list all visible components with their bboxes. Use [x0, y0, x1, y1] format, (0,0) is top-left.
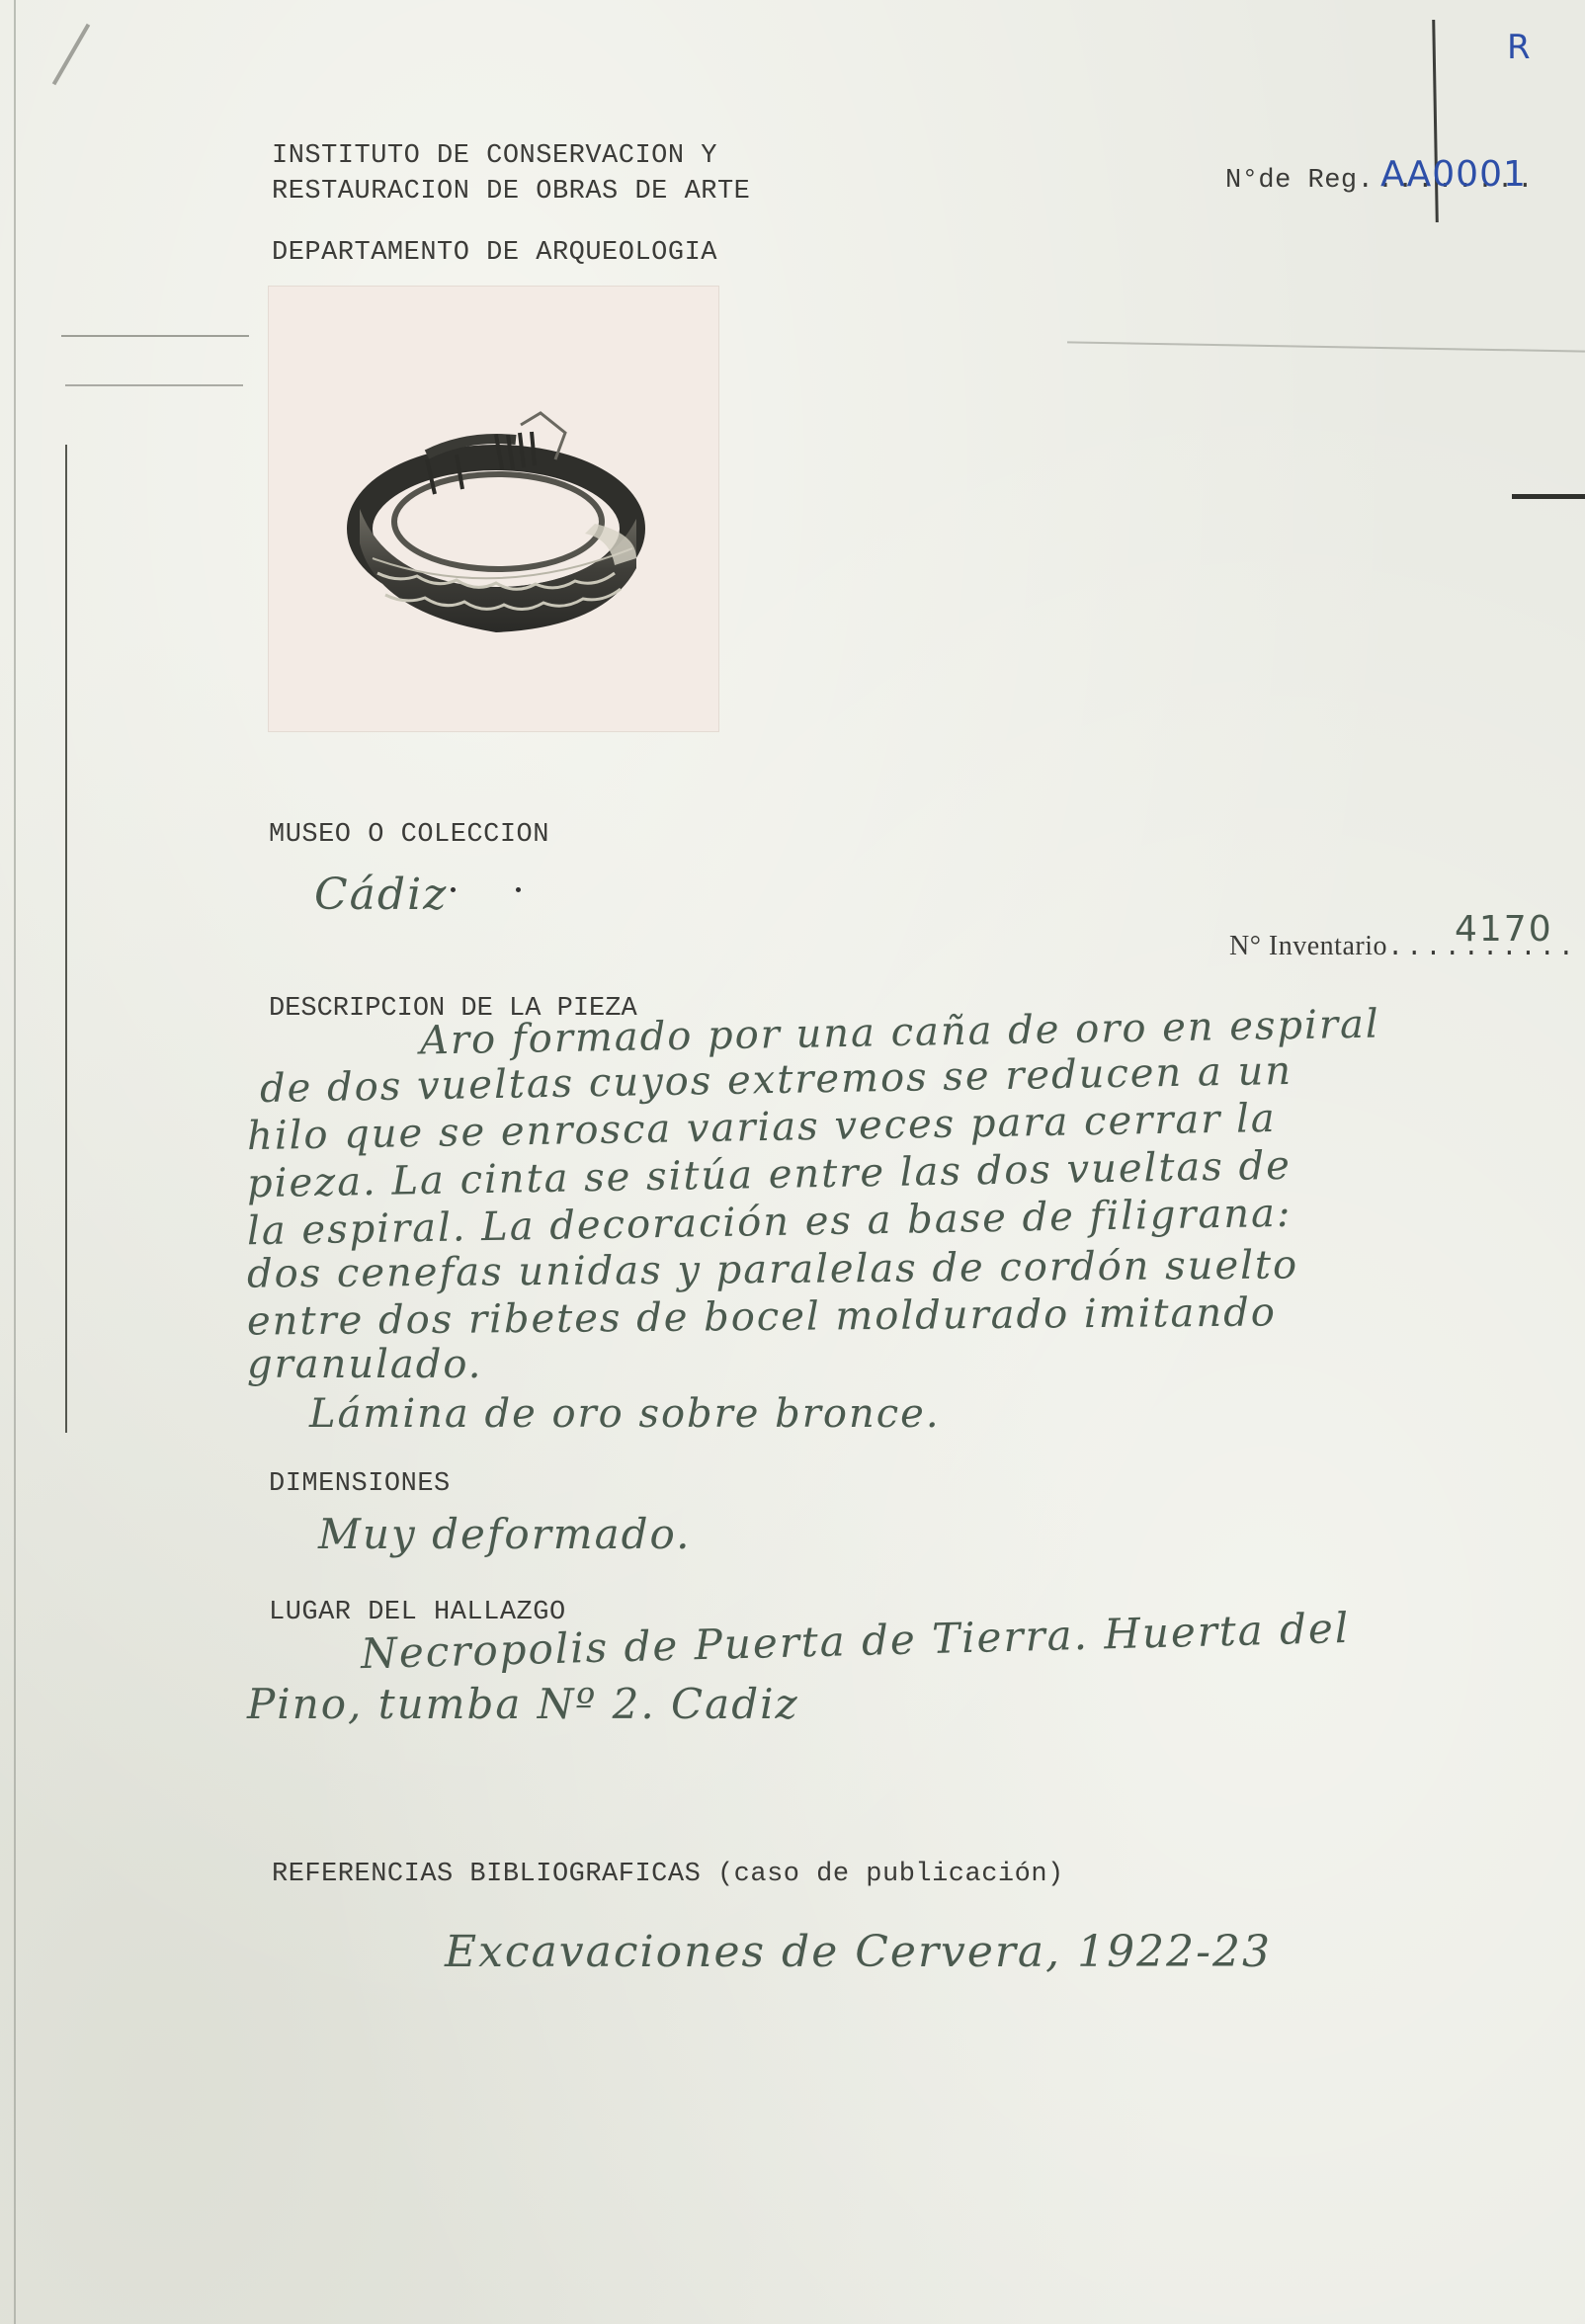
fold-line-top: [1067, 341, 1585, 352]
dimensiones-value: Muy deformado.: [318, 1510, 691, 1558]
ring-image: [269, 287, 718, 731]
department-name: DEPARTAMENTO DE ARQUEOLOGIA: [272, 238, 717, 268]
hallazgo-label: LUGAR DEL HALLAZGO: [269, 1598, 566, 1627]
referencias-label: REFERENCIAS BIBLIOGRAFICAS (caso de publ…: [272, 1860, 1064, 1889]
registro-value: AA0001: [1380, 154, 1527, 195]
binder-edge-line: [14, 0, 16, 2324]
fold-line-left-1: [61, 335, 249, 337]
descripcion-line: Lámina de oro sobre bronce.: [309, 1391, 941, 1437]
museo-label: MUSEO O COLECCION: [269, 820, 549, 850]
fold-line-left-2: [65, 384, 243, 386]
corner-mark: R: [1507, 28, 1532, 67]
descripcion-line: granulado.: [247, 1342, 482, 1387]
museo-trail-dot-1: [451, 887, 456, 892]
edge-mark-right: [1512, 494, 1585, 499]
hallazgo-line: Pino, tumba Nº 2. Cadiz: [247, 1680, 799, 1728]
institution-name-line2: RESTAURACION DE OBRAS DE ARTE: [272, 177, 750, 207]
referencias-value: Excavaciones de Cervera, 1922-23: [445, 1927, 1272, 1977]
institution-name-line1: INSTITUTO DE CONSERVACION Y: [272, 141, 717, 171]
inventario-field: N° Inventario.......... 4170: [1229, 931, 1577, 963]
descripcion-line: entre dos ribetes de bocel moldurado imi…: [247, 1289, 1277, 1344]
museo-value: Cádiz: [314, 870, 448, 920]
museo-trail-dot-2: [516, 887, 521, 892]
binder-margin-line: [65, 445, 67, 1433]
punch-mark: [52, 24, 90, 86]
registro-field: N°de Reg......... AA0001: [1225, 166, 1537, 196]
descripcion-line: dos cenefas unidas y paralelas de cordón…: [247, 1242, 1298, 1296]
descripcion-text: Aro formado por una caña de oro en espir…: [242, 1010, 1576, 1425]
inventario-label: N° Inventario: [1229, 931, 1387, 961]
inventario-value: 4170: [1455, 909, 1553, 950]
dimensiones-label: DIMENSIONES: [269, 1469, 451, 1499]
registro-label: N°de Reg: [1225, 166, 1358, 196]
artifact-photo: [269, 287, 718, 731]
